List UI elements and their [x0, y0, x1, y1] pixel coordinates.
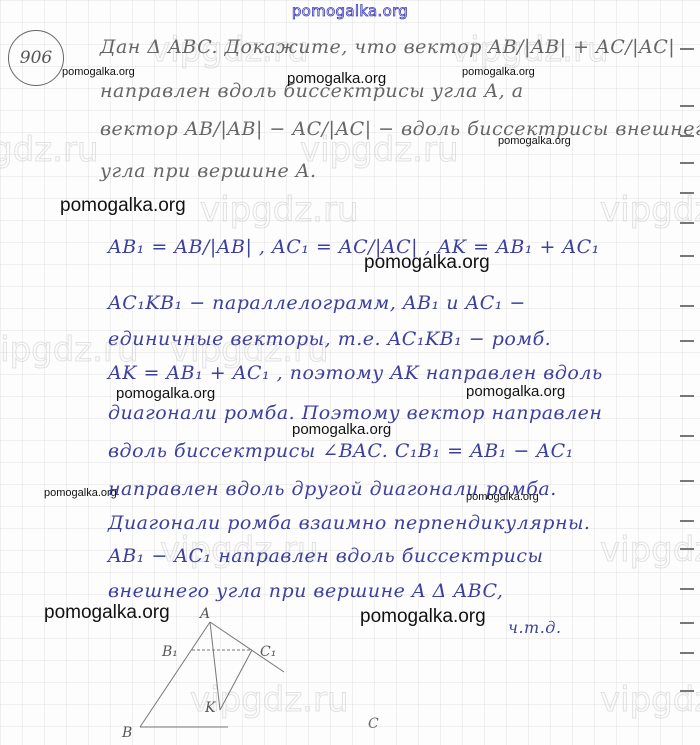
- margin-dash: [680, 690, 694, 692]
- side-c1k: [220, 650, 252, 710]
- margin-dash: [680, 222, 694, 224]
- margin-dash: [680, 395, 694, 397]
- solution-line: AB₁ = AB/|AB| , AC₁ = AC/|AC| , AK = AB₁…: [108, 236, 600, 258]
- margin-dash: [680, 435, 694, 437]
- problem-statement-line: угла при вершине A.: [100, 160, 317, 182]
- watermark: pomogalka.org: [60, 195, 186, 217]
- label-c-outside: C: [368, 716, 379, 732]
- background-watermark: vipgdz.ru: [600, 530, 700, 570]
- background-watermark: vipgdz.ru: [200, 190, 359, 230]
- label-k: K: [204, 700, 217, 716]
- site-header-logo[interactable]: pomogalka.org: [0, 2, 700, 20]
- problem-number: 906: [8, 30, 64, 86]
- margin-dash: [680, 105, 694, 107]
- watermark: pomogalka.org: [44, 487, 117, 499]
- background-watermark: vipgdz.ru: [600, 680, 700, 720]
- background-watermark: vipgdz.ru: [600, 190, 700, 230]
- watermark: pomogalka.org: [466, 383, 565, 400]
- watermark: pomogalka.org: [62, 66, 135, 78]
- solution-line: Диагонали ромба взаимно перпендикулярны.: [108, 512, 590, 534]
- problem-statement-line: вектор AB/|AB| − AC/|AC| − вдоль биссект…: [100, 118, 700, 140]
- margin-dash: [680, 48, 694, 50]
- side-ab: [140, 622, 210, 727]
- diagonal-ak: [210, 622, 220, 710]
- watermark: pomogalka.org: [498, 135, 571, 147]
- solution-line: AC₁KB₁ − параллелограмм, AB₁ и AC₁ −: [108, 292, 526, 314]
- label-b: B: [121, 725, 132, 741]
- background-watermark: vipgdz.ru: [0, 130, 99, 170]
- solution-line: AB₁ − AC₁ направлен вдоль биссектрисы: [108, 545, 544, 567]
- margin-dash: [680, 255, 694, 257]
- margin-dash: [680, 480, 694, 482]
- problem-statement-line: Дан Δ ABC. Докажите, что вектор AB/|AB| …: [100, 36, 675, 58]
- margin-dash: [680, 305, 694, 307]
- margin-dash: [680, 548, 694, 550]
- margin-dash: [680, 192, 694, 194]
- watermark: pomogalka.org: [466, 491, 539, 503]
- solution-line: единичные векторы, т.е. AC₁KB₁ − ромб.: [108, 328, 551, 350]
- qed-mark: ч.т.д.: [508, 618, 562, 637]
- watermark: pomogalka.org: [364, 252, 490, 274]
- margin-dash: [680, 520, 694, 522]
- watermark: pomogalka.org: [360, 606, 486, 628]
- label-a: A: [198, 606, 210, 622]
- watermark: pomogalka.org: [292, 421, 391, 438]
- solution-line: AK = AB₁ + AC₁ , поэтому AK направлен вд…: [108, 362, 603, 384]
- margin-dash: [680, 622, 694, 624]
- label-c1: C₁: [260, 644, 276, 660]
- margin-dash: [680, 652, 694, 654]
- watermark: pomogalka.org: [116, 385, 215, 402]
- margin-dash: [680, 340, 694, 342]
- solution-line: вдоль биссектрисы ∠BAC. C₁B₁ = AB₁ − AC₁: [108, 440, 574, 462]
- margin-dash: [680, 588, 694, 590]
- margin-dash: [680, 162, 694, 164]
- watermark: pomogalka.org: [287, 70, 386, 87]
- label-b1: B₁: [161, 644, 178, 660]
- watermark: pomogalka.org: [44, 602, 170, 624]
- watermark: pomogalka.org: [462, 66, 535, 78]
